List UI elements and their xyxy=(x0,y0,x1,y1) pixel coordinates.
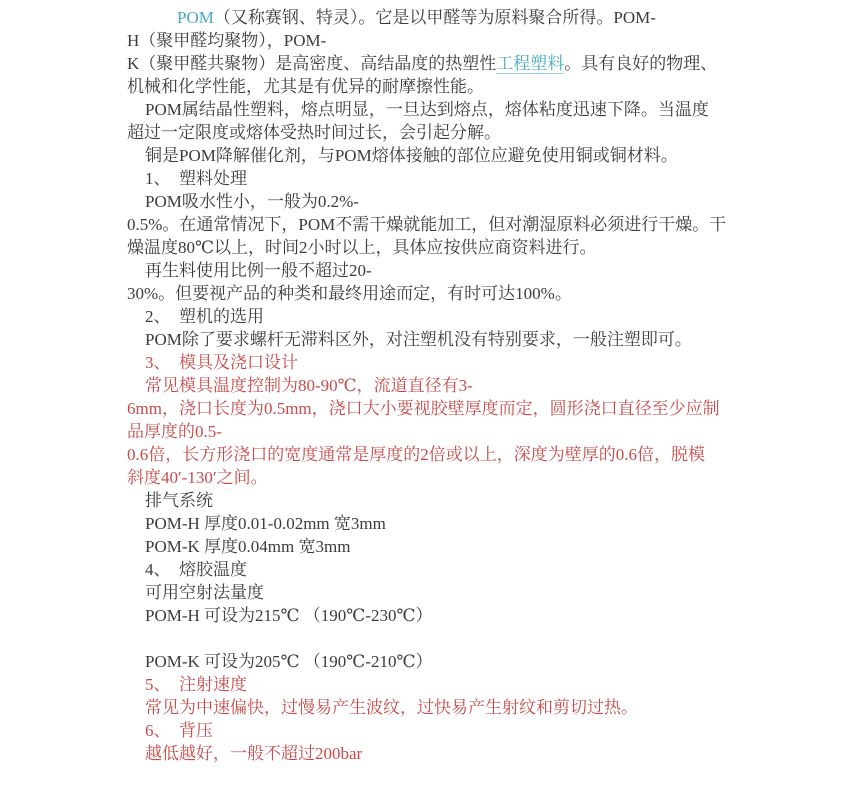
text-line: 品厚度的0.5- xyxy=(127,420,755,443)
heading-venting-system: 排气系统 xyxy=(127,489,755,512)
text-segment: 品厚度的0.5- xyxy=(127,422,222,441)
text-line: 可用空射法量度 xyxy=(127,581,755,604)
text-segment: H（聚甲醛均聚物），POM- xyxy=(127,31,326,50)
text-line: 6mm，浇口长度为0.5mm，浇口大小要视胶壁厚度而定，圆形浇口直径至少应制 xyxy=(127,397,755,420)
text-segment: POM-H 可设为215℃ （190℃-230℃） xyxy=(145,606,433,625)
text-line: 铜是POM降解催化剂，与POM熔体接触的部位应避免使用铜或铜材料。 xyxy=(127,144,755,167)
text-line: POM-H 可设为215℃ （190℃-230℃） xyxy=(127,604,755,627)
text-line: POM属结晶性塑料，熔点明显，一旦达到熔点，熔体粘度迅速下降。当温度 xyxy=(127,98,755,121)
text-line: 超过一定限度或熔体受热时间过长，会引起分解。 xyxy=(127,121,755,144)
heading-plastic-treatment: 1、 塑料处理 xyxy=(127,167,755,190)
text-segment: 排气系统 xyxy=(145,491,213,510)
text-segment: POM吸水性小，一般为0.2%- xyxy=(145,192,359,211)
text-segment: 超过一定限度或熔体受热时间过长，会引起分解。 xyxy=(127,123,501,142)
text-segment: POM-H 厚度0.01-0.02mm 宽3mm xyxy=(145,514,386,533)
heading-melt-temperature: 4、 熔胶温度 xyxy=(127,558,755,581)
text-segment: 常见为中速偏快，过慢易产生波纹，过快易产生射纹和剪切过热。 xyxy=(145,698,638,717)
text-segment: 铜是POM降解催化剂，与POM熔体接触的部位应避免使用铜或铜材料。 xyxy=(145,146,678,165)
text-line: POM-H 厚度0.01-0.02mm 宽3mm xyxy=(127,512,755,535)
text-line: 常见为中速偏快，过慢易产生波纹，过快易产生射纹和剪切过热。 xyxy=(127,696,755,719)
text-segment: 斜度40′-130′之间。 xyxy=(127,468,268,487)
pom-link[interactable]: POM xyxy=(177,8,214,27)
text-segment: POM-K 可设为205℃ （190℃-210℃） xyxy=(145,652,433,671)
heading-machine-selection: 2、 塑机的选用 xyxy=(127,305,755,328)
heading-injection-speed: 5、 注射速度 xyxy=(127,673,755,696)
text-segment: 5、 注射速度 xyxy=(145,675,247,694)
text-segment: （又称赛钢、特灵）。它是以甲醛等为原料聚合所得。POM- xyxy=(214,8,656,27)
text-segment: 30%。但要视产品的种类和最终用途而定，有时可达100%。 xyxy=(127,284,572,303)
text-segment: 可用空射法量度 xyxy=(145,583,264,602)
text-line: POM吸水性小，一般为0.2%- xyxy=(127,190,755,213)
text-line: POM-K 可设为205℃ （190℃-210℃） xyxy=(127,650,755,673)
text-line: K（聚甲醛共聚物）是高密度、高结晶度的热塑性工程塑料。具有良好的物理、 xyxy=(127,52,755,75)
text-segment: 1、 塑料处理 xyxy=(145,169,247,188)
text-segment: 2、 塑机的选用 xyxy=(145,307,264,326)
text-segment: 6、 背压 xyxy=(145,721,213,740)
text-segment: POM属结晶性塑料，熔点明显，一旦达到熔点，熔体粘度迅速下降。当温度 xyxy=(145,100,709,119)
text-line: POM-K 厚度0.04mm 宽3mm xyxy=(127,535,755,558)
text-segment: 0.6倍，长方形浇口的宽度通常是厚度的2倍或以上，深度为壁厚的0.6倍，脱模 xyxy=(127,445,705,464)
text-line: H（聚甲醛均聚物），POM- xyxy=(127,29,755,52)
text-segment: 6mm，浇口长度为0.5mm，浇口大小要视胶壁厚度而定，圆形浇口直径至少应制 xyxy=(127,399,720,418)
text-segment: 越低越好，一般不超过200bar xyxy=(145,744,362,763)
text-line: 0.5%。在通常情况下，POM不需干燥就能加工，但对潮湿原料必须进行干燥。干 xyxy=(127,213,755,236)
text-segment: POM除了要求螺杆无滞料区外，对注塑机没有特别要求，一般注塑即可。 xyxy=(145,330,692,349)
text-line: POM除了要求螺杆无滞料区外，对注塑机没有特别要求，一般注塑即可。 xyxy=(127,328,755,351)
text-segment: 再生料使用比例一般不超过20- xyxy=(145,261,372,280)
blank-line xyxy=(127,627,755,650)
text-line: 燥温度80℃以上，时间2小时以上，具体应按供应商资料进行。 xyxy=(127,236,755,259)
text-line: 越低越好，一般不超过200bar xyxy=(127,742,755,765)
heading-mold-gate-design: 3、 模具及浇口设计 xyxy=(127,351,755,374)
text-segment: 机械和化学性能，尤其是有优异的耐摩擦性能。 xyxy=(127,77,484,96)
text-line: 机械和化学性能，尤其是有优异的耐摩擦性能。 xyxy=(127,75,755,98)
engineering-plastics-link[interactable]: 工程塑料 xyxy=(496,54,564,74)
text-segment: 4、 熔胶温度 xyxy=(145,560,247,579)
text-segment: 燥温度80℃以上，时间2小时以上，具体应按供应商资料进行。 xyxy=(127,238,597,257)
text-line: 斜度40′-130′之间。 xyxy=(127,466,755,489)
text-segment: 3、 模具及浇口设计 xyxy=(145,353,298,372)
text-line: 再生料使用比例一般不超过20- xyxy=(127,259,755,282)
text-line: 0.6倍，长方形浇口的宽度通常是厚度的2倍或以上，深度为壁厚的0.6倍，脱模 xyxy=(127,443,755,466)
text-line: 30%。但要视产品的种类和最终用途而定，有时可达100%。 xyxy=(127,282,755,305)
text-segment: 0.5%。在通常情况下，POM不需干燥就能加工，但对潮湿原料必须进行干燥。干 xyxy=(127,215,726,234)
text-segment: 常见模具温度控制为80-90℃，流道直径有3- xyxy=(145,376,473,395)
text-line: POM（又称赛钢、特灵）。它是以甲醛等为原料聚合所得。POM- xyxy=(127,6,755,29)
text-segment: POM-K 厚度0.04mm 宽3mm xyxy=(145,537,350,556)
text-segment: K（聚甲醛共聚物）是高密度、高结晶度的热塑性 xyxy=(127,54,496,73)
heading-back-pressure: 6、 背压 xyxy=(127,719,755,742)
text-line: 常见模具温度控制为80-90℃，流道直径有3- xyxy=(127,374,755,397)
text-segment: 。具有良好的物理、 xyxy=(564,54,717,73)
document-page: POM（又称赛钢、特灵）。它是以甲醛等为原料聚合所得。POM-H（聚甲醛均聚物）… xyxy=(0,0,850,785)
